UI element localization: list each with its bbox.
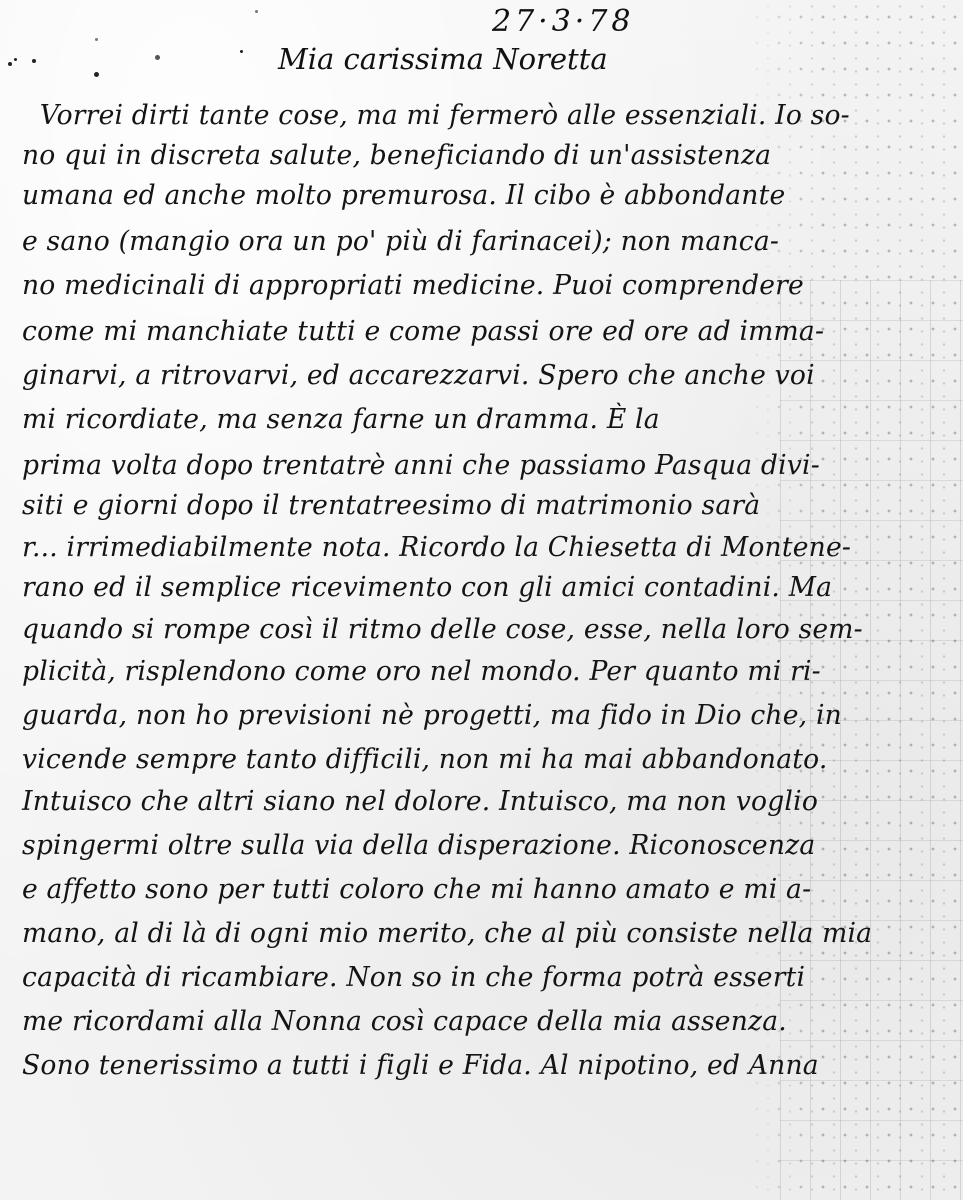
letter-line: prima volta dopo trentatrè anni che pass…: [22, 446, 927, 486]
letter-line: Sono tenerissimo a tutti i figli e Fida.…: [22, 1046, 927, 1086]
letter-line: Vorrei dirti tante cose, ma mi fermerò a…: [22, 96, 926, 136]
scan-speck: [255, 10, 258, 13]
letter-salutation: Mia carissima Noretta: [278, 42, 608, 76]
letter-line: mano, al di là di ogni mio merito, che a…: [22, 914, 927, 954]
letter-line: capacità di ricambiare. Non so in che fo…: [22, 958, 927, 998]
letter-line: vicende sempre tanto difficili, non mi h…: [22, 740, 927, 780]
scan-speck: [14, 58, 17, 61]
letter-line: come mi manchiate tutti e come passi ore…: [22, 312, 927, 352]
letter-line: quando si rompe così il ritmo delle cose…: [22, 610, 927, 650]
letter-line: umana ed anche molto premurosa. Il cibo …: [22, 176, 927, 216]
letter-line: r... irrimediabilmente nota. Ricordo la …: [22, 528, 927, 568]
scan-speck: [95, 38, 98, 41]
letter-date: 27·3·78: [492, 4, 635, 39]
letter-line: Intuisco che altri siano nel dolore. Int…: [22, 782, 927, 822]
scan-speck: [155, 55, 160, 60]
letter-line: spingermi oltre sulla via della disperaz…: [22, 826, 927, 866]
scan-speck: [240, 50, 243, 53]
letter-line: no qui in discreta salute, beneficiando …: [22, 136, 927, 176]
letter-line: e affetto sono per tutti coloro che mi h…: [22, 870, 927, 910]
scan-speck: [94, 72, 99, 77]
letter-body: Vorrei dirti tante cose, ma mi fermerò a…: [22, 96, 942, 1086]
letter-line: plicità, risplendono come oro nel mondo.…: [22, 652, 927, 692]
letter-line: mi ricordiate, ma senza farne un dramma.…: [22, 400, 927, 440]
letter-line: rano ed il semplice ricevimento con gli …: [22, 568, 927, 608]
letter-line: e sano (mangio ora un po' più di farinac…: [22, 222, 927, 262]
letter-line: me ricordami alla Nonna così capace dell…: [22, 1002, 927, 1042]
letter-line: guarda, non ho previsioni nè progetti, m…: [22, 696, 927, 736]
scan-speck: [32, 59, 36, 63]
scan-speck: [8, 62, 12, 66]
letter-line: ginarvi, a ritrovarvi, ed accarezzarvi. …: [22, 356, 927, 396]
letter-page: 27·3·78 Mia carissima Noretta Vorrei dir…: [0, 0, 963, 1200]
letter-line: siti e giorni dopo il trentatreesimo di …: [22, 486, 927, 526]
letter-line: no medicinali di appropriati medicine. P…: [22, 266, 927, 306]
